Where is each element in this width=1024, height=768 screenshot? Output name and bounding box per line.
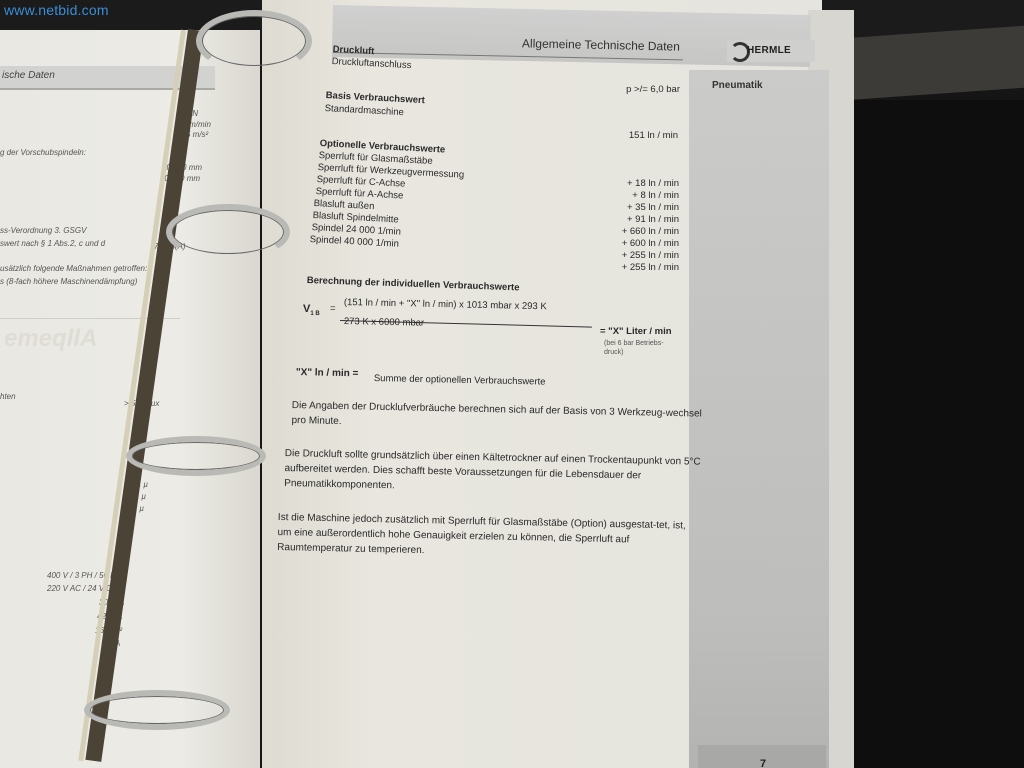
- basis-label: Standardmaschine: [324, 103, 404, 118]
- binder-ring: [196, 10, 312, 72]
- binder-spine: [148, 30, 260, 768]
- paragraph-basis: Die Angaben der Drucklufverbräuche berec…: [291, 398, 712, 437]
- optional-item-value: + 660 ln / min: [559, 226, 679, 237]
- basis-value: 151 ln / min: [558, 130, 678, 141]
- formula-note: (bei 6 bar Betriebs-druck): [604, 339, 674, 357]
- binder-ring: [84, 690, 230, 730]
- optional-item-value: + 255 ln / min: [559, 262, 679, 273]
- druckluft-label: Druckluftanschluss: [331, 56, 411, 71]
- formula-denominator: 273 K x 6000 mbar: [344, 316, 424, 329]
- optional-item-value: + 255 ln / min: [559, 250, 679, 261]
- binder-ring: [166, 204, 290, 260]
- binder-ring: [126, 436, 266, 476]
- druckluft-value: p >/= 6,0 bar: [560, 84, 680, 95]
- formula-subscript: 1 B: [310, 311, 319, 317]
- optional-item-value: + 91 ln / min: [559, 214, 679, 225]
- optional-item-value: + 35 ln / min: [559, 202, 679, 213]
- calculation-title: Berechnung der individuellen Verbrauchsw…: [307, 275, 520, 293]
- formula-symbol: V1 B: [303, 303, 320, 317]
- definition-term: "X" ln / min =: [296, 367, 359, 379]
- druckluft-title: Druckluft: [332, 44, 374, 57]
- formula-numerator: (151 ln / min + "X" ln / min) x 1013 mba…: [344, 297, 547, 312]
- page-number: 7: [760, 758, 766, 768]
- optional-item-value: + 18 ln / min: [559, 178, 679, 189]
- formula-result: = "X" Liter / min: [600, 326, 672, 337]
- definition-text: Summe der optionellen Verbrauchswerte: [374, 373, 546, 388]
- optional-item-value: + 8 ln / min: [559, 190, 679, 201]
- paragraph-sealing-air: Ist die Maschine jedoch zusätzlich mit S…: [277, 510, 698, 564]
- optional-item-value: + 600 ln / min: [559, 238, 679, 249]
- paragraph-drying: Die Druckluft sollte grundsätzlich über …: [284, 446, 705, 500]
- formula-equals: =: [330, 303, 336, 314]
